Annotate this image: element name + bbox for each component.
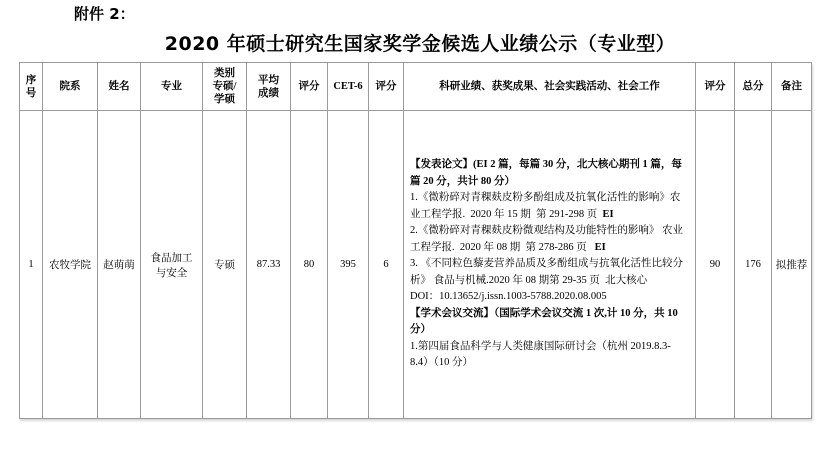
ei-tag: EI [595,242,606,253]
col-header-research: 科研业绩、获奖成果、社会实践活动、社会工作 [404,63,696,111]
cell-major: 食品加工 与安全 [141,111,203,419]
col-header-average-score: 平均 成绩 [247,63,291,111]
cell-cet6: 395 [328,111,369,419]
col-header-rating-2: 评分 [369,63,404,111]
col-header-department: 院系 [43,63,98,111]
ei-tag: EI [603,209,614,220]
major-line: 食品加工 [143,250,200,265]
cell-remark: 拟推荐 [772,111,812,419]
research-publications-header: 【发表论文】(EI 2 篇，每篇 30 分，北大核心期刊 1 篇，每篇 20 分… [410,157,689,190]
publication-text: 1.《微粉碎对青稞麸皮粉多酚组成及抗氧化活性的影响》农业工程学报. 2020 年… [410,192,680,220]
col-header-category: 类别 专硕/ 学硕 [203,63,247,111]
cell-index: 1 [20,111,43,419]
cell-total: 176 [735,111,772,419]
research-publication-1: 1.《微粉碎对青稞麸皮粉多酚组成及抗氧化活性的影响》农业工程学报. 2020 年… [410,190,689,223]
col-header-major: 专业 [141,63,203,111]
header-line: 专硕/ [205,80,244,93]
cell-category: 专硕 [203,111,247,419]
col-header-name: 姓名 [98,63,141,111]
cell-department: 农牧学院 [43,111,98,419]
cell-name: 赵萌萌 [98,111,141,419]
attachment-label: 附件 2： [74,3,135,24]
table-row: 1 农牧学院 赵萌萌 食品加工 与安全 专硕 87.33 80 395 6 【发… [20,111,812,419]
col-header-index: 序 号 [20,63,43,111]
publication-text: 2.《微粉碎对青稞麸皮粉微观结构及功能特性的影响》 农业工程学报. 2020 年… [410,225,683,253]
cell-rating-2: 6 [369,111,404,419]
table-header-row: 序 号 院系 姓名 专业 类别 专硕/ 学硕 平均 成绩 评分 CET-6 评分 [20,63,812,111]
major-line: 与安全 [143,265,200,280]
col-header-cet6: CET-6 [328,63,369,111]
page-title: 2020 年硕士研究生国家奖学金候选人业绩公示（专业型） [0,29,840,56]
header-line: 成绩 [249,87,288,100]
research-publication-3: 3. 《不同粒色藜麦营养品质及多酚组成与抗氧化活性比较分析》 食品与机械.202… [410,256,689,289]
header-line: 类别 [205,67,244,80]
cell-rating-1: 80 [291,111,328,419]
cell-rating-3: 90 [696,111,735,419]
candidates-table: 序 号 院系 姓名 专业 类别 专硕/ 学硕 平均 成绩 评分 CET-6 评分 [19,62,812,419]
research-conference-1: 1.第四届食品科学与人类健康国际研讨会（杭州 2019.8.3-8.4）（10 … [410,339,689,372]
header-line: 学硕 [205,93,244,106]
col-header-remark: 备注 [772,63,812,111]
col-header-rating-1: 评分 [291,63,328,111]
col-header-total: 总分 [735,63,772,111]
header-line: 号 [22,87,40,100]
research-conference-header: 【学术会议交流】（国际学术会议交流 1 次,计 10 分，共 10 分） [410,306,689,339]
research-publication-2: 2.《微粉碎对青稞麸皮粉微观结构及功能特性的影响》 农业工程学报. 2020 年… [410,223,689,256]
document-page: 附件 2： 2020 年硕士研究生国家奖学金候选人业绩公示（专业型） 序 号 院… [0,0,840,453]
research-doi: DOI：10.13652/j.issn.1003-5788.2020.08.00… [410,289,689,306]
header-line: 平均 [249,74,288,87]
cell-average-score: 87.33 [247,111,291,419]
cell-research: 【发表论文】(EI 2 篇，每篇 30 分，北大核心期刊 1 篇，每篇 20 分… [404,111,696,419]
col-header-rating-3: 评分 [696,63,735,111]
header-line: 序 [22,74,40,87]
